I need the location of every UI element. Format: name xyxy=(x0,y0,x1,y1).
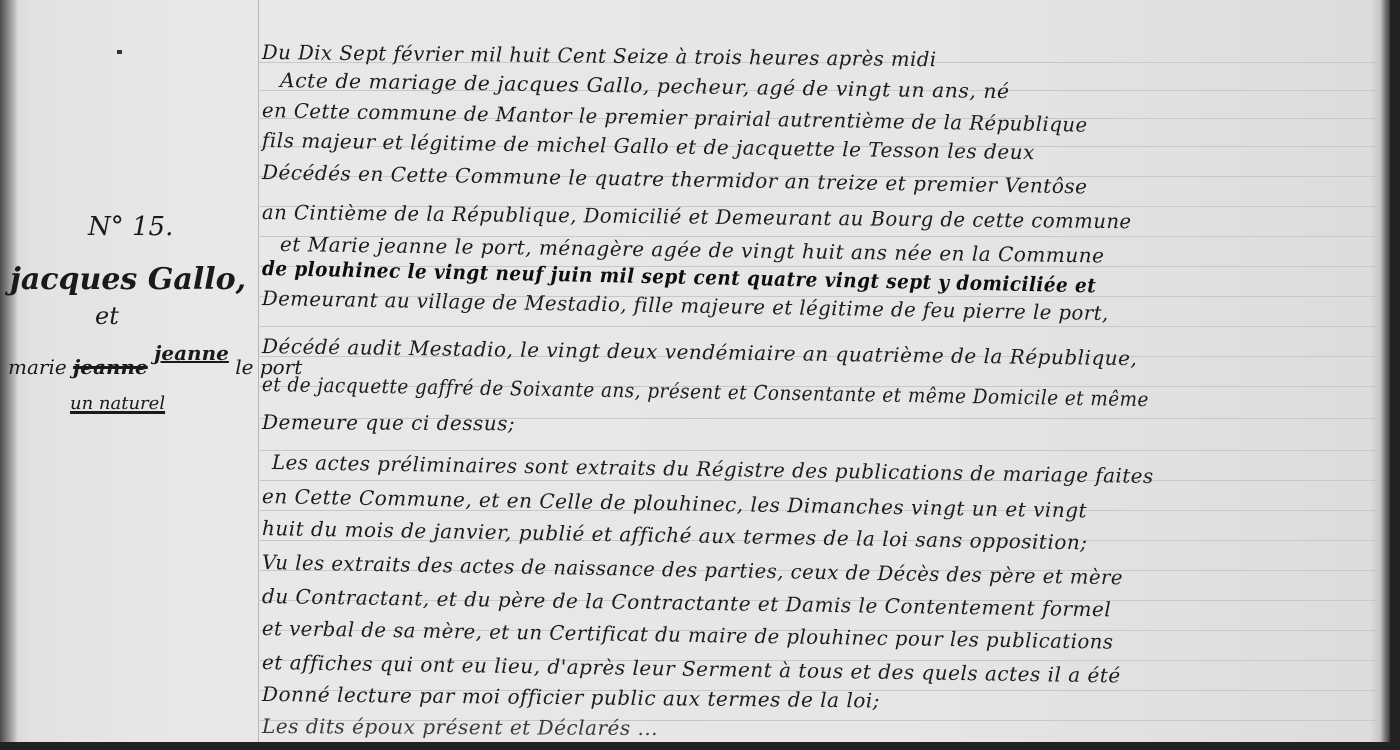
bride-correction: jeanne xyxy=(154,341,229,365)
register-page: N° 15. jacques Gallo, et marie jeanne je… xyxy=(0,0,1390,742)
body-line: Vu les extraits des actes de naissance d… xyxy=(262,550,1123,589)
body-line: du Contractant, et du père de la Contrac… xyxy=(262,584,1112,621)
body-line: huit du mois de janvier, publié et affic… xyxy=(262,516,1088,554)
body-line: et affiches qui ont eu lieu, d'après leu… xyxy=(262,650,1121,687)
ruled-line xyxy=(258,450,1378,451)
groom-name: jacques Gallo, xyxy=(10,262,246,297)
ink-speck xyxy=(117,50,122,54)
body-line: Demeure que ci dessus; xyxy=(262,410,515,435)
body-line: et de jacquette gaffré de Soixante ans, … xyxy=(262,372,1149,411)
body-line: Donné lecture par moi officier public au… xyxy=(262,682,880,712)
bride-prefix: marie xyxy=(8,355,67,379)
ruled-line xyxy=(258,326,1378,327)
margin-note-natural: un naturel xyxy=(70,393,165,414)
body-line: an Cintième de la République, Domicilié … xyxy=(262,200,1132,233)
body-line: et verbal de sa mère, et un Certificat d… xyxy=(262,616,1114,654)
bride-name: marie jeanne jeanne le port xyxy=(8,355,302,379)
bride-struck-word: jeanne xyxy=(73,355,148,379)
body-line: Du Dix Sept février mil huit Cent Seize … xyxy=(262,40,937,71)
viewer-bottom-frame xyxy=(0,742,1400,750)
page-right-edge-shadow xyxy=(1380,0,1390,742)
act-number: N° 15. xyxy=(88,212,173,242)
body-line: Acte de mariage de jacques Gallo, pecheu… xyxy=(280,68,1010,103)
body-line: Les actes préliminaires sont extraits du… xyxy=(272,450,1154,488)
body-line: Décédé audit Mestadio, le vingt deux ven… xyxy=(262,334,1138,370)
body-line: Les dits époux présent et Déclarés ... xyxy=(262,714,658,740)
body-line: en Cette Commune, et en Celle de plouhin… xyxy=(262,484,1087,522)
body-line: Décédés en Cette Commune le quatre therm… xyxy=(262,160,1088,198)
margin-conjunction: et xyxy=(95,302,119,330)
